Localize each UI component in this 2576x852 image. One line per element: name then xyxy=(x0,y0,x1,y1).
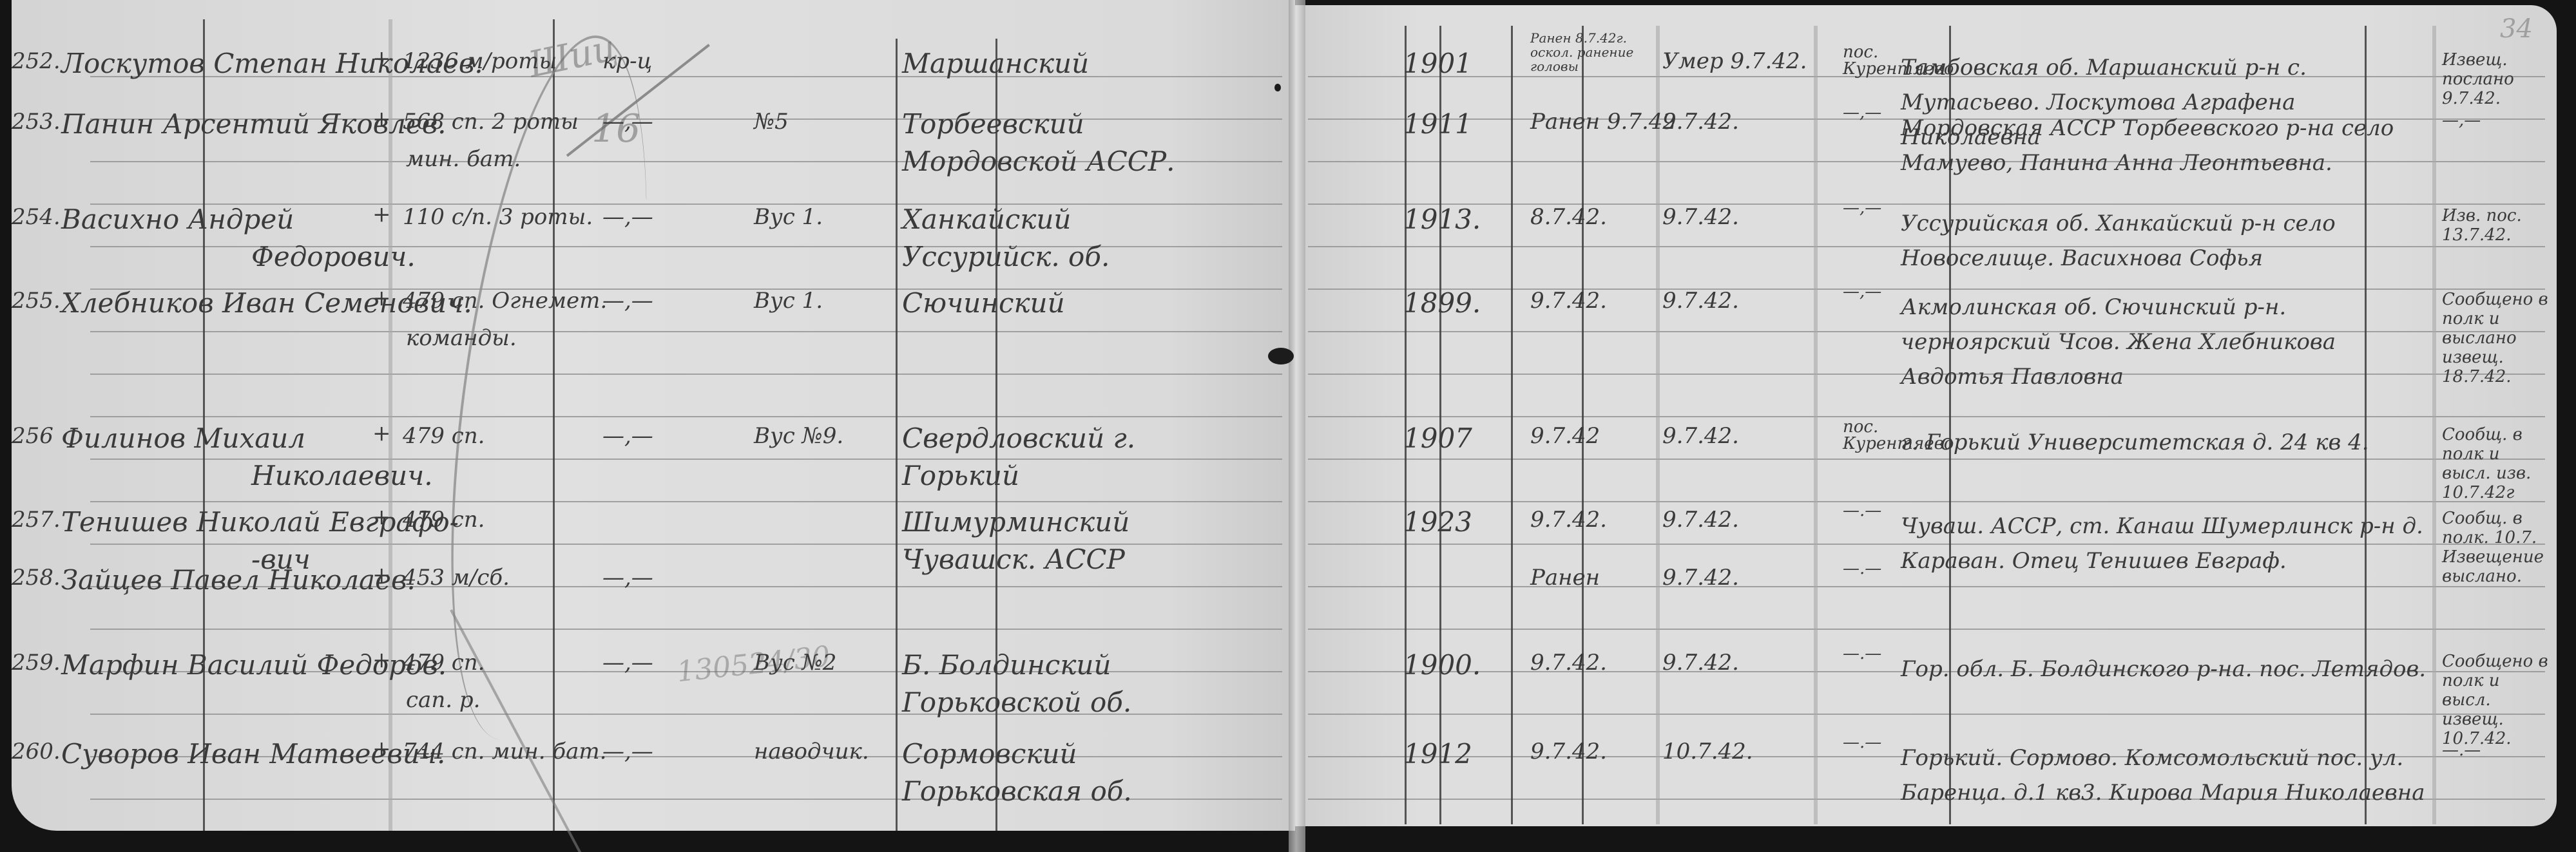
rank: —,— xyxy=(602,206,653,228)
position: Вус 1. xyxy=(754,290,823,312)
column-divider-rank xyxy=(896,39,898,831)
ruling-line xyxy=(1308,714,2545,715)
position: Вус 1. xyxy=(754,206,823,228)
column-divider-notice xyxy=(2432,26,2436,824)
death-date: Умер 9.7.42. xyxy=(1662,50,1807,72)
wound-date: Ранен 9.7.42 xyxy=(1530,111,1677,133)
notice-status: —,— xyxy=(2442,111,2552,130)
wound-date: 9.7.42. xyxy=(1530,652,1607,674)
ruling-line xyxy=(90,331,1282,332)
draft-district: Маршанский xyxy=(902,50,1089,77)
ruling-line xyxy=(1308,586,2545,587)
unit-continued: мин. бат. xyxy=(406,148,521,170)
unit: 1236 м/роты xyxy=(403,50,557,72)
notice-status: Сообщено в полк и высл. извещ. 10.7.42. xyxy=(2442,652,2552,748)
draft-district-continued: Чувашск. АССР xyxy=(902,546,1125,573)
notice-status: Извещ. послано 9.7.42. xyxy=(2442,50,2552,108)
draft-district: Свердловский г. xyxy=(902,425,1135,452)
unit: 110 с/п. 3 роты. xyxy=(403,206,593,228)
ruling-line xyxy=(90,374,1282,375)
entry-number: 255. xyxy=(12,290,61,312)
deceased-mark: + xyxy=(372,506,391,528)
birth-year: 1901 xyxy=(1403,50,1472,77)
death-date: 9.7.42. xyxy=(1662,509,1739,531)
column-divider-wound xyxy=(1511,26,1513,824)
unit: 479 сп. xyxy=(403,425,485,447)
notice-status: Сообщено в полк и выслано извещ. 18.7.42… xyxy=(2442,290,2552,386)
ruling-line xyxy=(90,416,1282,417)
unit: 479 сп. xyxy=(403,652,485,674)
wound-date: 8.7.42. xyxy=(1530,206,1607,228)
notice-status: Сообщ. в полк. 10.7. Извещение выслано. xyxy=(2442,509,2552,586)
unit: 479 сп. Огнемет. xyxy=(403,290,607,312)
birth-year: 1907 xyxy=(1403,425,1472,452)
page-fold xyxy=(1289,0,1305,852)
birth-year: 1899. xyxy=(1403,290,1481,317)
soldier-name: Филинов Михаил xyxy=(61,425,305,452)
position: Вус №9. xyxy=(754,425,843,447)
death-date: 10.7.42. xyxy=(1662,741,1753,762)
birth-year: 1911 xyxy=(1403,111,1472,138)
deceased-mark: + xyxy=(372,649,391,671)
draft-district: Ханкайский xyxy=(902,206,1071,233)
position: наводчик. xyxy=(754,741,869,762)
wound-date: 9.7.42 xyxy=(1530,425,1600,447)
entry-number: 260. xyxy=(12,741,61,762)
deceased-mark: + xyxy=(372,738,391,760)
ruling-line xyxy=(1308,416,2545,417)
notice-status: —.— xyxy=(2442,741,2552,760)
deceased-mark: + xyxy=(372,108,391,130)
entry-number: 253. xyxy=(12,111,61,133)
death-date: 9.7.42. xyxy=(1662,425,1739,447)
deceased-mark: + xyxy=(372,287,391,309)
ink-stain xyxy=(1268,348,1294,364)
ruling-line xyxy=(90,501,1282,502)
unit-continued: сап. р. xyxy=(406,689,480,711)
rank: —,— xyxy=(602,425,653,447)
position: №5 xyxy=(754,111,789,133)
deceased-mark: + xyxy=(372,564,391,586)
notice-status: Изв. пос. 13.7.42. xyxy=(2442,206,2552,245)
death-date: 9.7.42. xyxy=(1662,111,1739,133)
soldier-name: Зайцев Павел Николаев. xyxy=(61,567,416,594)
entry-number: 252. xyxy=(12,50,61,72)
soldier-name-continued: Федорович. xyxy=(251,243,416,270)
entry-number: 258. xyxy=(12,567,61,589)
rank: —,— xyxy=(602,290,653,312)
rank: —,— xyxy=(602,567,653,589)
position: Вус №2 xyxy=(754,652,836,674)
draft-district: Сючинский xyxy=(902,290,1065,317)
unit: 744 сп. мин. бат. xyxy=(403,741,606,762)
birth-year: 1912 xyxy=(1403,741,1472,768)
draft-district-continued: Уссурийск. об. xyxy=(902,243,1110,270)
draft-district: Сормовский xyxy=(902,741,1077,768)
death-date: 9.7.42. xyxy=(1662,206,1739,228)
entry-number: 254. xyxy=(12,206,61,228)
family-address: Чуваш. АССР, ст. Канаш Шумерлинск р-н д.… xyxy=(1901,509,2429,578)
unit: 479 сп. xyxy=(403,509,485,531)
birth-year: 1913. xyxy=(1403,206,1481,233)
ink-stain xyxy=(1274,84,1281,91)
column-divider-faint-right xyxy=(1656,26,1660,824)
death-date: 9.7.42. xyxy=(1662,290,1739,312)
birth-year: 1923 xyxy=(1403,509,1472,536)
soldier-name: Васихно Андрей xyxy=(61,206,294,233)
wound-date: 9.7.42. xyxy=(1530,290,1607,312)
page-number-corner: 34 xyxy=(2500,16,2533,42)
unit: 453 м/сб. xyxy=(403,567,510,589)
death-date: 9.7.42. xyxy=(1662,652,1739,674)
birth-year: 1900. xyxy=(1403,652,1481,679)
draft-district: Б. Болдинский xyxy=(902,652,1111,679)
draft-district: Торбеевский xyxy=(902,111,1084,138)
soldier-name-continued: Николаевич. xyxy=(251,462,433,489)
family-address: г. Горький Университетская д. 24 кв 4. xyxy=(1901,425,2429,460)
draft-district: Шимурминский xyxy=(902,509,1129,536)
rank: —,— xyxy=(602,741,653,762)
deceased-mark: + xyxy=(372,422,391,444)
deceased-mark: + xyxy=(372,204,391,225)
ruling-line xyxy=(1308,629,2545,630)
draft-district-continued: Мордовской АССР. xyxy=(902,148,1175,175)
entry-number: 259. xyxy=(12,652,61,674)
ruling-line xyxy=(1308,501,2545,502)
draft-district-continued: Горьковской об. xyxy=(902,689,1131,716)
draft-district-continued: Горький xyxy=(902,462,1019,489)
entry-number: 256 xyxy=(12,425,53,447)
ruling-line xyxy=(1308,204,2545,205)
unit-continued: команды. xyxy=(406,327,517,349)
wound-date: Ранен xyxy=(1530,567,1600,589)
rank: —,— xyxy=(602,111,653,133)
wound-date: 9.7.42. xyxy=(1530,509,1607,531)
draft-district-continued: Горьковская об. xyxy=(902,778,1132,805)
wound-date: 9.7.42. xyxy=(1530,741,1607,762)
rank: кр-ц xyxy=(602,50,652,72)
family-address: Гор. обл. Б. Болдинского р-на. пос. Летя… xyxy=(1901,652,2429,686)
rank: —,— xyxy=(602,652,653,674)
family-address: Мордовская АССР Торбеевского р-на село М… xyxy=(1901,111,2429,180)
notice-status: Сообщ. в полк и высл. изв. 10.7.42г xyxy=(2442,425,2552,502)
entry-number: 257. xyxy=(12,509,61,531)
family-address: Акмолинская об. Сючинский р-н. черноярск… xyxy=(1901,290,2429,394)
wound-date: Ранен 8.7.42г. оскол. ранение головы xyxy=(1530,31,1653,73)
family-address: Горький. Сормово. Комсомольский пос. ул.… xyxy=(1901,741,2429,810)
soldier-name: Тенишев Николай Евграфо- xyxy=(61,509,459,536)
burial-place: —.— xyxy=(1843,560,1914,577)
unit: 568 сп. 2 роты xyxy=(403,111,579,133)
death-date: 9.7.42. xyxy=(1662,567,1739,589)
column-divider-burial xyxy=(1814,26,1818,824)
deceased-mark: + xyxy=(372,48,391,70)
family-address: Уссурийская об. Ханкайский р-н село Ново… xyxy=(1901,206,2429,276)
ruling-line xyxy=(90,629,1282,630)
